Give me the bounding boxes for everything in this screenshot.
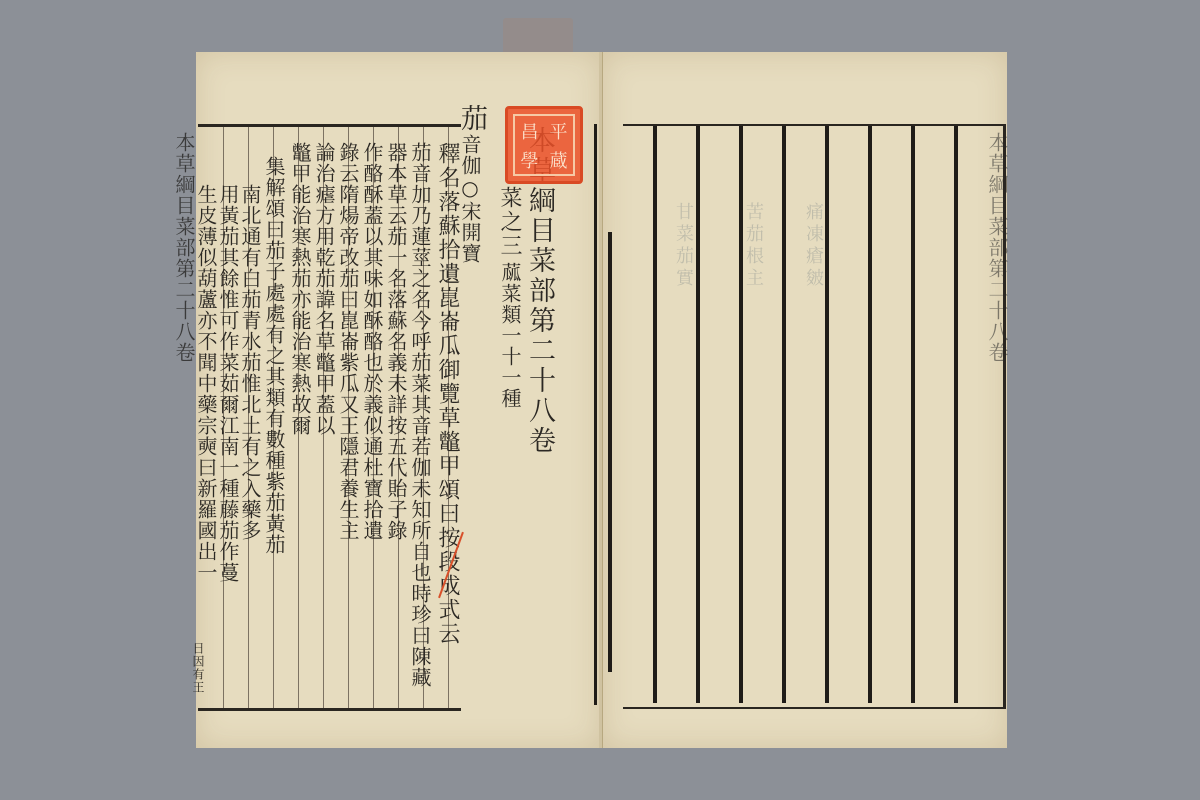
seal-char: 昌 — [515, 116, 544, 145]
column-line — [696, 126, 700, 703]
text-column-9: 南北通有白茄青水茄惟北土有之入藥多 — [240, 184, 260, 541]
column-line — [653, 126, 657, 703]
gutter-rule — [594, 124, 597, 705]
text-column-6: 論治瘧方用乾茄諱名草鼈甲蓋以 — [314, 142, 334, 436]
open-book: 釋名落蘇拾遺崑崙瓜御覽草鼈甲頌曰按段成式云 茄音加乃蓮莖之名今呼茄菜其音若伽未知… — [196, 52, 1006, 748]
bleed-through-text: 甘菜茄實 — [673, 202, 693, 290]
column-line — [954, 126, 958, 703]
ownership-seal: 昌 平 學 蔵 — [505, 106, 583, 184]
text-column-8: 集解頌曰茄子處處有之其類有數種紫茄黃茄 — [264, 156, 284, 555]
text-column-11: 生皮薄似葫蘆亦不聞中藥宗奭曰新羅國出一 — [196, 184, 216, 583]
seal-char: 學 — [515, 145, 544, 174]
column-line — [911, 126, 915, 703]
left-page: 釋名落蘇拾遺崑崙瓜御覽草鼈甲頌曰按段成式云 茄音加乃蓮莖之名今呼茄菜其音若伽未知… — [196, 52, 601, 748]
column-line — [608, 232, 612, 672]
bleed-through-text: 痛凍瘡皴 — [803, 202, 823, 290]
right-page: 甘菜茄實 苦茄根主 痛凍瘡皴 本草綱目菜部第二十八卷 — [602, 52, 1007, 748]
text-column-3: 器本草云茄一名落蘇名義未詳按五代貽子錄 — [386, 142, 406, 541]
seal-char: 蔵 — [544, 145, 573, 174]
column-line — [825, 126, 829, 703]
right-margin-title: 本草綱目菜部第二十八卷 — [987, 132, 1007, 363]
column-line — [868, 126, 872, 703]
text-column-5: 錄云隋煬帝改茄曰崑崙紫瓜又王隱君養生主 — [338, 142, 358, 541]
column-line — [782, 126, 786, 703]
entry-note: 音伽○宋開寶 — [460, 134, 480, 264]
category-heading: 蓏菜類一十一種 — [500, 262, 520, 409]
entry-title: 茄 — [458, 104, 485, 134]
sub-heading: 菜之三 — [498, 186, 520, 258]
footer-mark: 日因有王 — [192, 642, 204, 694]
seal-char: 平 — [544, 116, 573, 145]
text-column-2: 茄音加乃蓮莖之名今呼茄菜其音若伽未知所自也時珍曰陳藏 — [410, 142, 430, 688]
margin-title: 本草綱目菜部第二十八卷 — [174, 132, 194, 363]
text-column-7: 鼈甲能治寒熱茄亦能治寒熱故爾 — [290, 142, 310, 436]
text-column-10: 用黃茄其餘惟可作菜茹爾江南一種藤茄作蔓 — [218, 184, 238, 583]
text-column-4: 作酪酥蓋以其味如酥酪也於義似通杜寶拾遺 — [362, 142, 382, 541]
bleed-through-text: 苦茄根主 — [743, 202, 763, 290]
